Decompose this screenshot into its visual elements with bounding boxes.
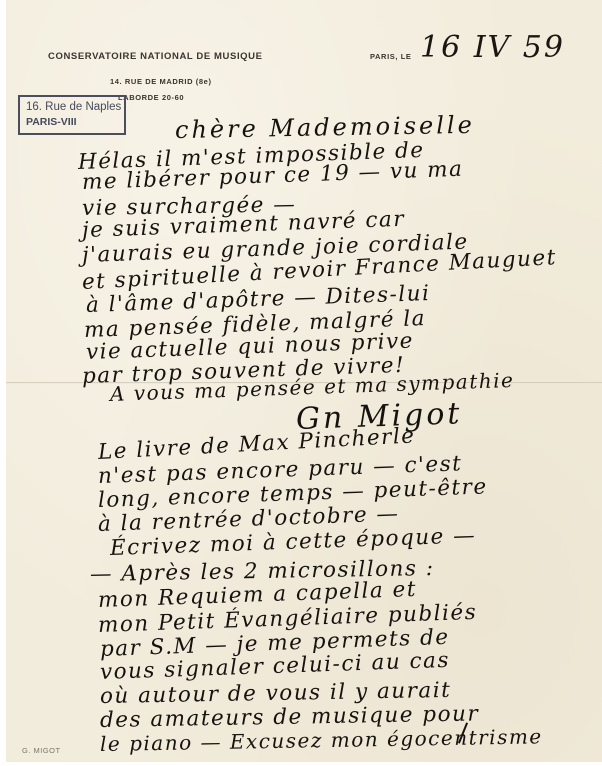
handwritten-date: 16 IV 59 bbox=[420, 30, 565, 65]
salutation: chère Mademoiselle bbox=[175, 111, 475, 144]
address-stamp: 16. Rue de Naples PARIS-VIII bbox=[18, 95, 126, 135]
letterhead-phone: LABORDE 20-60 bbox=[118, 93, 184, 102]
letterhead-institution: CONSERVATOIRE NATIONAL DE MUSIQUE bbox=[48, 51, 263, 62]
stamp-city: PARIS-VIII bbox=[26, 115, 124, 129]
archive-label: G. MIGOT bbox=[22, 746, 61, 755]
stamp-street: 16. Rue de Naples bbox=[26, 100, 124, 115]
letterhead-place: PARIS, LE bbox=[370, 52, 412, 61]
letterhead-address: 14. RUE DE MADRID (8e) bbox=[110, 77, 212, 86]
